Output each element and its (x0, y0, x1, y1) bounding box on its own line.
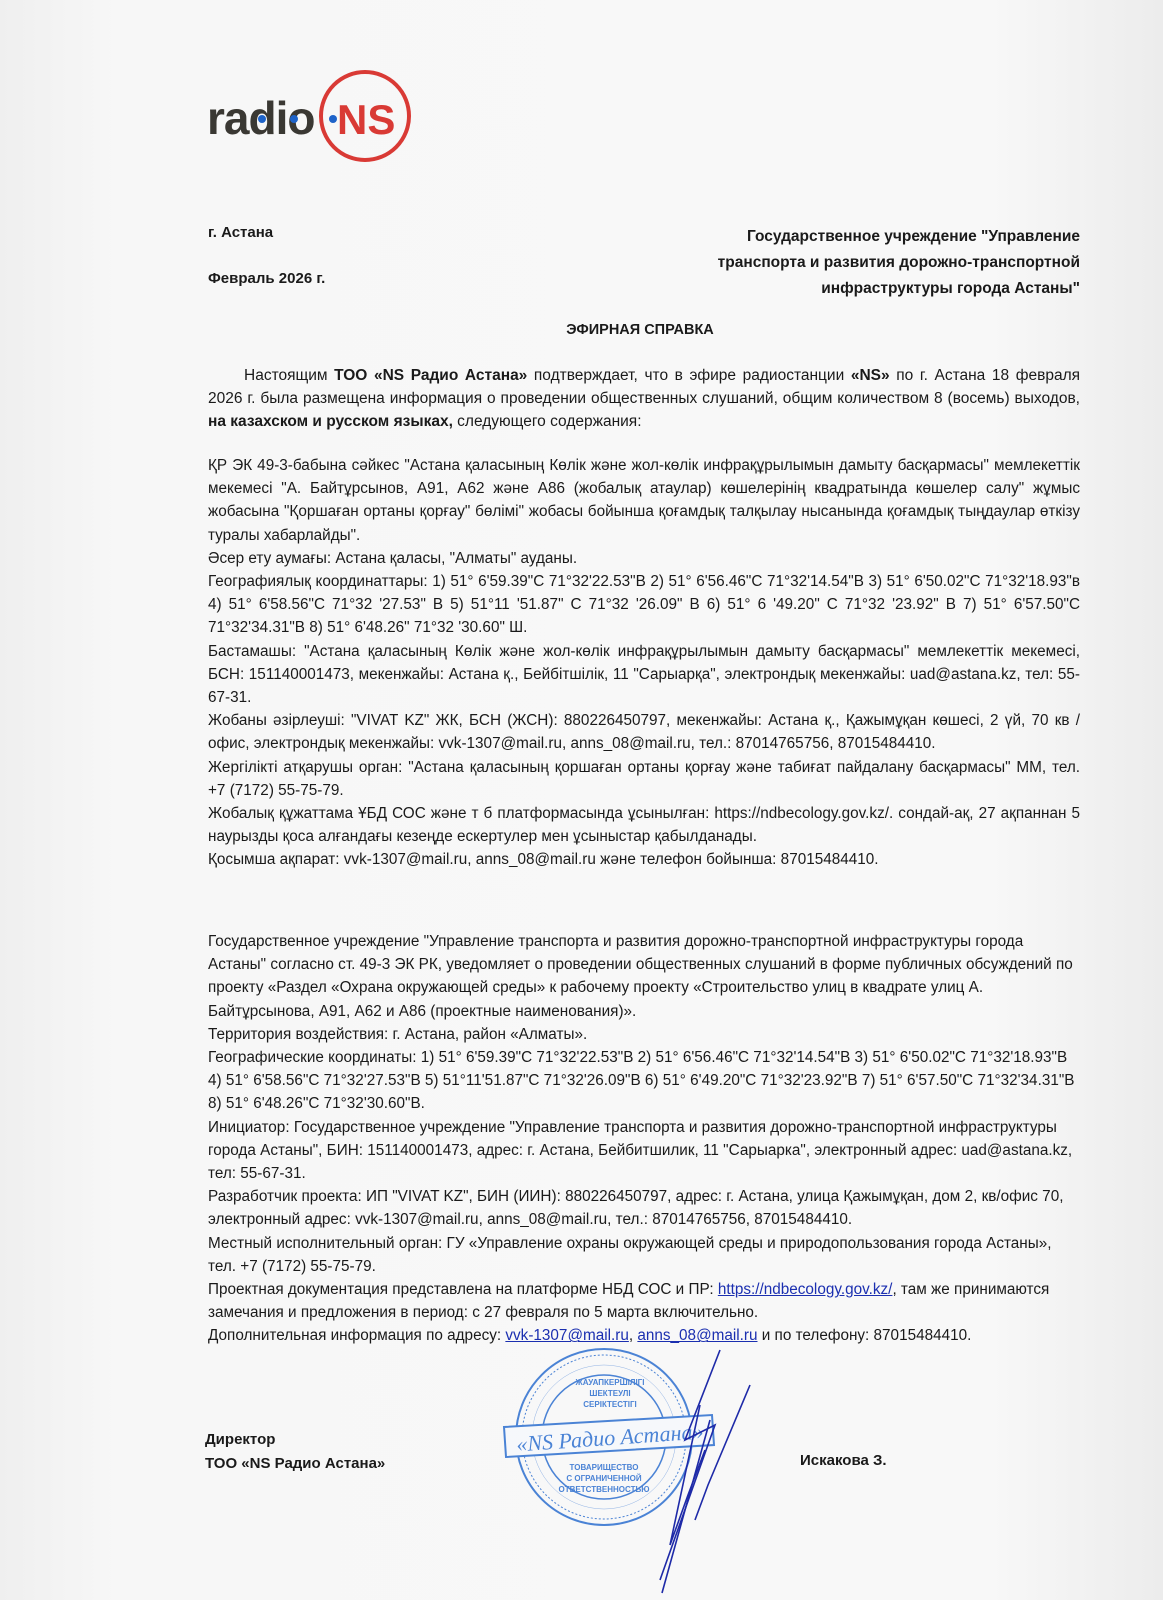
document-date: Февраль 2026 г. (208, 270, 325, 287)
ru-docs-paragraph: Проектная документация представлена на п… (208, 1278, 1080, 1324)
kz-paragraph: Жобалық құжаттама ҰБД СОС және т б платф… (208, 802, 1080, 848)
signature-icon (600, 1345, 780, 1595)
ru-paragraph: Государственное учреждение "Управление т… (208, 930, 1080, 1023)
handwritten-signature (600, 1345, 780, 1595)
addressee-line: Государственное учреждение "Управление (690, 224, 1080, 250)
intro-text: следующего содержания: (453, 413, 642, 430)
email-link-vvk[interactable]: vvk-1307@mail.ru (505, 1327, 629, 1344)
ru-paragraph: Географические координаты: 1) 51° 6'59.3… (208, 1046, 1080, 1116)
document-page: radio NS г. Астана Февраль 2026 г. Госуд… (0, 0, 1163, 1600)
addressee-line: инфраструктуры города Астаны" (690, 276, 1080, 302)
languages: на казахском и русском языках, (208, 413, 453, 430)
addressee: Государственное учреждение "Управление т… (690, 224, 1080, 302)
city: г. Астана (208, 224, 273, 241)
kz-paragraph: Жергілікті атқарушы орган: "Астана қалас… (208, 756, 1080, 802)
contact-text: Дополнительная информация по адресу: (208, 1327, 505, 1344)
intro-text: Настоящим (244, 367, 334, 384)
docs-text: Проектная документация представлена на п… (208, 1281, 718, 1298)
ru-paragraph: Местный исполнительный орган: ГУ «Управл… (208, 1232, 1080, 1278)
ru-paragraph: Территория воздействия: г. Астана, район… (208, 1023, 1080, 1046)
kz-paragraph: Бастамашы: "Астана қаласының Көлік және … (208, 640, 1080, 710)
signatory-company: ТОО «NS Радио Астана» (205, 1452, 385, 1476)
email-link-anns[interactable]: anns_08@mail.ru (637, 1327, 757, 1344)
radio-ns-logo: radio NS (205, 66, 420, 166)
document-title: ЭФИРНАЯ СПРАВКА (0, 322, 1163, 338)
ndbecology-link[interactable]: https://ndbecology.gov.kz/ (718, 1281, 893, 1298)
signatory-position: Директор (205, 1428, 385, 1452)
contact-text: и по телефону: 87015484410. (758, 1327, 972, 1344)
ru-paragraph: Инициатор: Государственное учреждение "У… (208, 1116, 1080, 1186)
intro-paragraph: Настоящим ТОО «NS Радио Астана» подтверж… (208, 364, 1080, 433)
signatory-name: Искакова З. (800, 1452, 887, 1469)
kz-paragraph: Қосымша ақпарат: vvk-1307@mail.ru, anns_… (208, 848, 1080, 871)
addressee-line: транспорта и развития дорожно-транспортн… (690, 250, 1080, 276)
kazakh-announcement: ҚР ЭК 49-3-бабына сәйкес "Астана қаласын… (208, 454, 1080, 872)
kz-paragraph: Жобаны әзірлеуші: "VIVAT KZ" ЖК, БСН (ЖС… (208, 709, 1080, 755)
kz-paragraph: Географиялық координаттары: 1) 51° 6'59.… (208, 570, 1080, 640)
radio-ns-logo-icon: radio NS (205, 66, 420, 166)
signatory-block: Директор ТОО «NS Радио Астана» (205, 1428, 385, 1476)
intro-text: подтверждает, что в эфире радиостанции (527, 367, 851, 384)
company-name: ТОО «NS Радио Астана» (334, 367, 527, 384)
ru-paragraph: Разработчик проекта: ИП "VIVAT KZ", БИН … (208, 1185, 1080, 1231)
station-name: «NS» (851, 367, 890, 384)
kz-paragraph: Әсер ету аумағы: Астана қаласы, "Алматы"… (208, 547, 1080, 570)
russian-announcement: Государственное учреждение "Управление т… (208, 930, 1080, 1348)
svg-text:NS: NS (337, 96, 395, 143)
kz-paragraph: ҚР ЭК 49-3-бабына сәйкес "Астана қаласын… (208, 454, 1080, 547)
